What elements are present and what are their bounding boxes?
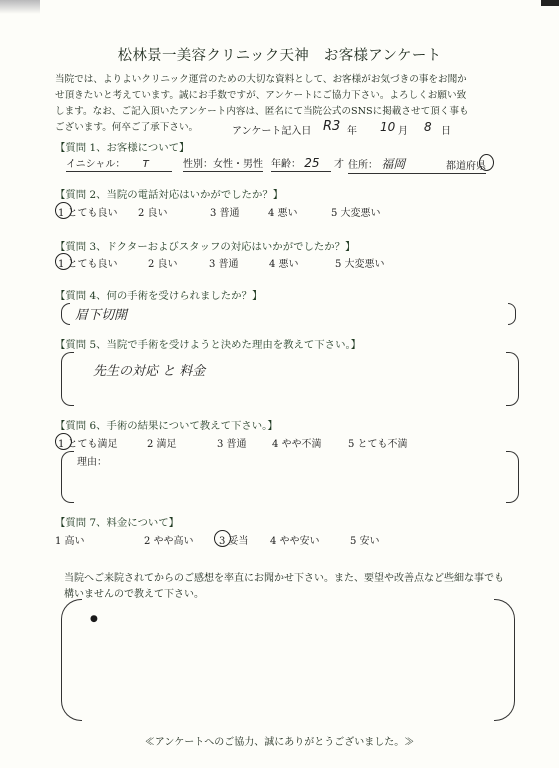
q2-heading: 【質問 2、当院の電話対応はいかがでしたか？】 [55, 186, 283, 201]
q6-reason-label: 理由： [77, 453, 107, 468]
comments-bracket-right [494, 599, 515, 721]
q4-answer[interactable]: 眉下切開 [75, 304, 127, 323]
q2-option-2[interactable]: 2 良い [138, 204, 168, 219]
prefecture-selected-circle [479, 154, 494, 171]
q2-option-4[interactable]: 4 悪い [268, 204, 298, 219]
date-day-unit: 日 [441, 122, 451, 137]
q2-selected-circle [55, 202, 72, 219]
survey-title: 松林景一美容クリニック天神 お客様アンケート [0, 44, 559, 65]
q6-option-2[interactable]: 2 満足 [147, 435, 177, 450]
q7-option-4[interactable]: 4 やや安い [270, 532, 320, 547]
comments-prompt-line1: 当院へご来院されてからのご感想を率直にお聞かせ下さい。また、要望や改善点など些細… [64, 569, 504, 584]
q3-option-3[interactable]: 3 普通 [209, 255, 239, 270]
q5-bracket-right [506, 352, 519, 406]
q1-heading: 【質問 1、お客様について】 [55, 139, 189, 154]
thanks-message: ≪アンケートへのご協力、誠にありがとうございました。≫ [0, 733, 559, 748]
comments-prompt-line2: 構いませんので教えて下さい。 [64, 585, 204, 600]
q5-heading: 【質問 5、当院で手術を受けようと決めた理由を教えて下さい。】 [55, 336, 361, 351]
q7-selected-circle [214, 530, 231, 547]
q4-bracket-left [61, 303, 70, 325]
date-day[interactable]: 8 [424, 120, 432, 134]
address-label: 住所： [348, 160, 378, 171]
age-field[interactable]: 年齢： 25 [271, 155, 331, 172]
date-era-year[interactable]: R3 [323, 119, 340, 134]
q3-option-4[interactable]: 4 悪い [269, 255, 299, 270]
q6-option-3[interactable]: 3 普通 [217, 435, 247, 450]
q5-bracket-left [61, 352, 74, 406]
q3-heading: 【質問 3、ドクターおよびスタッフの対応はいかがでしたか？】 [55, 238, 355, 253]
address-field[interactable]: 住所： 福岡 [348, 155, 450, 174]
q6-reason-input[interactable] [110, 453, 490, 493]
q6-option-4[interactable]: 4 やや不満 [272, 435, 322, 450]
q6-heading: 【質問 6、手術の結果について教えて下さい。】 [55, 417, 278, 432]
q6-selected-circle [55, 433, 72, 450]
q3-selected-circle [55, 253, 72, 270]
q7-heading: 【質問 7、料金について】 [55, 514, 179, 529]
q7-option-2[interactable]: 2 やや高い [144, 532, 194, 547]
q6-bracket-left [61, 451, 74, 503]
initial-field[interactable]: イニシャル： T [66, 155, 172, 172]
age-value: 25 [304, 156, 319, 170]
date-year-unit: 年 [347, 122, 357, 137]
age-label: 年齢： [271, 159, 301, 170]
date-month[interactable]: 10 [380, 120, 395, 134]
initial-label: イニシャル： [66, 159, 125, 170]
q3-option-5[interactable]: 5 大変悪い [335, 255, 385, 270]
q4-bracket-right [508, 303, 516, 325]
q5-answer[interactable]: 先生の対応 と 料金 [93, 360, 205, 379]
q2-option-5[interactable]: 5 大変悪い [331, 204, 381, 219]
comments-bracket-left [61, 599, 82, 721]
q4-heading: 【質問 4、何の手術を受けられましたか？】 [55, 287, 262, 302]
scan-corner-mark [541, 0, 559, 6]
comments-input[interactable] [85, 608, 485, 708]
q3-option-2[interactable]: 2 良い [148, 255, 178, 270]
date-month-unit: 月 [398, 122, 408, 137]
age-unit: 才 [334, 155, 344, 170]
q2-option-3[interactable]: 3 普通 [210, 204, 240, 219]
q6-bracket-right [506, 451, 519, 503]
q6-option-5[interactable]: 5 とても不満 [348, 435, 408, 450]
address-value: 福岡 [381, 157, 405, 171]
scan-edge-shadow [0, 0, 40, 14]
date-label: アンケート記入日 [232, 122, 311, 137]
q7-option-5[interactable]: 5 安い [350, 532, 380, 547]
gender-field[interactable]: 性別：女性・男性 [183, 155, 263, 172]
q7-option-1[interactable]: 1 高い [55, 532, 85, 547]
initial-value: T [143, 159, 149, 170]
